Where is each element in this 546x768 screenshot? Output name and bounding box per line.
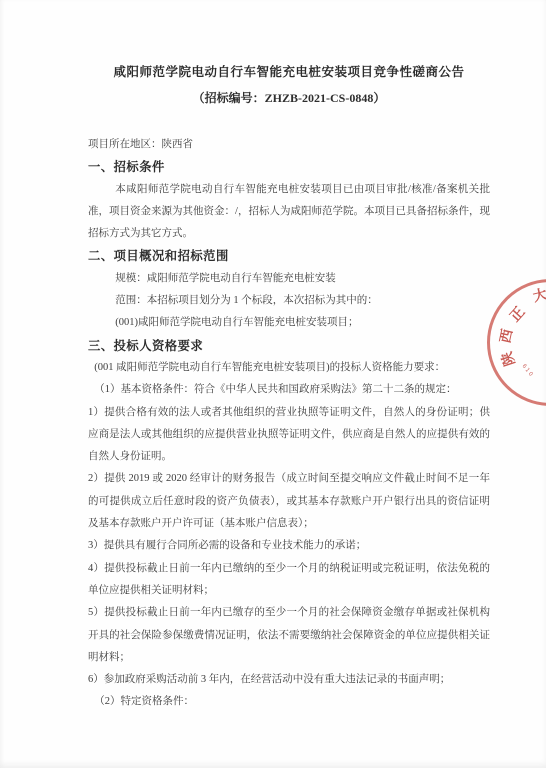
seal-character: 正 [505,302,529,326]
seal-serial-number: 610 [521,363,535,379]
section-heading-1: 一、招标条件 [88,156,490,178]
seal-character: 西 [495,327,517,345]
paragraph-scope: 范围：本招标项目划分为 1 个标段，本次招标为其中的： [115,290,490,312]
tender-number: （招标编号：ZHZB-2021-CS-0848） [88,88,490,108]
paragraph-requirement-4: 4）提供投标截止日前一年内已缴纳的至少一个月的纳税证明或完税证明，依法免税的单位… [88,558,490,603]
paragraph-scale: 规模：咸阳师范学院电动自行车智能充电桩安装 [115,268,490,290]
section-heading-2: 二、项目概况和招标范围 [88,245,490,267]
seal-character: 陕 [496,349,519,368]
paragraph-tender-conditions: 本咸阳师范学院电动自行车智能充电桩安装项目已由项目审批/核准/备案机关批准，项目… [88,179,490,246]
official-seal-icon: 大 正 西 陕 610 [487,279,546,406]
seal-character: 大 [531,284,546,307]
paragraph-requirement-6: 6）参加政府采购活动前 3 年内，在经营活动中没有重大违法记录的书面声明； [88,669,490,691]
paragraph-lot-001: (001)咸阳师范学院电动自行车智能充电桩安装项目； [115,312,490,334]
paragraph-requirement-1: 1）提供合格有效的法人或者其他组织的营业执照等证明文件，自然人的身份证明；供应商… [88,402,490,469]
scanned-document-page: 咸阳师范学院电动自行车智能充电桩安装项目竞争性磋商公告 （招标编号：ZHZB-2… [0,0,546,768]
paragraph-qualification-intro: (001 咸阳师范学院电动自行车智能充电桩安装项目)的投标人资格能力要求： [94,357,490,379]
paragraph-requirement-5: 5）提供投标截止日前一年内已缴存的至少一个月的社会保障资金缴存单据或社保机构开具… [88,602,490,669]
paragraph-requirement-3: 3）提供具有履行合同所必需的设备和专业技术能力的承诺； [88,535,490,557]
project-location: 项目所在地区：陕西省 [88,134,490,156]
document-title: 咸阳师范学院电动自行车智能充电桩安装项目竞争性磋商公告 [88,62,490,82]
section-heading-3: 三、投标人资格要求 [88,335,490,357]
paragraph-requirement-2: 2）提供 2019 或 2020 经审计的财务报告（成立时间至提交响应文件截止时… [88,468,490,535]
paragraph-basic-qualification: （1）基本资格条件：符合《中华人民共和国政府采购法》第二十二条的规定： [94,379,490,401]
paragraph-specific-qualification: （2）特定资格条件： [94,691,490,713]
